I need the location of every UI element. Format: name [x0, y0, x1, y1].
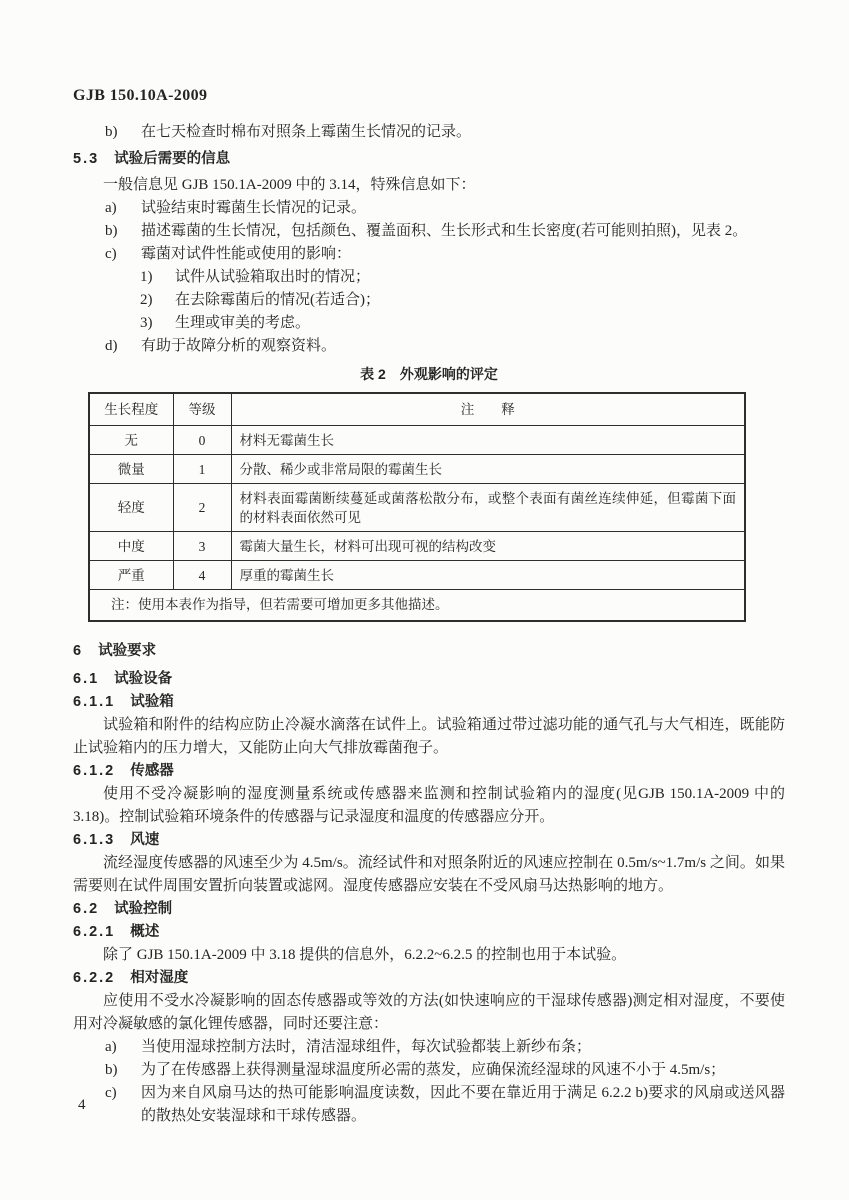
sub-list-item-1: 1) 试件从试验箱取出时的情况；	[140, 266, 785, 289]
section-number: 6.1.1	[73, 691, 115, 714]
list-item-text: 为了在传感器上获得测量湿球温度所必需的蒸发，应确保流经湿球的风速不小于 4.5m…	[141, 1059, 725, 1082]
section-title: 试验箱	[130, 691, 174, 714]
list-item-label: 2)	[140, 289, 175, 312]
list-item-622-b: b) 为了在传感器上获得测量湿球温度所必需的蒸发，应确保流经湿球的风速不小于 4…	[105, 1059, 785, 1082]
section-6-1-1-body: 试验箱和附件的结构应防止冷凝水滴落在试件上。试验箱通过带过滤功能的通气孔与大气相…	[73, 714, 785, 760]
list-item-label: a)	[105, 197, 141, 220]
sub-list-item-3: 3) 生理或审美的考虑。	[140, 312, 785, 335]
cell-note: 材料表面霉菌断续蔓延或菌落松散分布，或整个表面有菌丝连续伸延，但霉菌下面的材料表…	[231, 484, 745, 532]
list-item-text: 霉菌对试件性能或使用的影响：	[141, 243, 351, 266]
table-2-appearance-rating: 生长程度 等级 注 释 无 0 材料无霉菌生长 微量 1 分散、稀少或非常局限的…	[88, 392, 746, 622]
cell-grade: 4	[173, 561, 231, 590]
cell-degree: 无	[89, 426, 173, 455]
table-row: 中度 3 霉菌大量生长，材料可出现可视的结构改变	[89, 532, 745, 561]
section-number: 5.3	[73, 148, 99, 171]
section-title: 概述	[130, 921, 159, 944]
section-number: 6.1.2	[73, 760, 115, 783]
list-item-text: 试件从试验箱取出时的情况；	[175, 266, 370, 289]
cell-note: 厚重的霉菌生长	[231, 561, 745, 590]
section-title: 相对湿度	[130, 967, 188, 990]
table-footnote-row: 注：使用本表作为指导，但若需要可增加更多其他描述。	[89, 590, 745, 622]
section-heading-6-1-1: 6.1.1 试验箱	[73, 691, 785, 714]
list-item-label: c)	[105, 1082, 141, 1128]
section-6-1-2-body: 使用不受冷凝影响的湿度测量系统或传感器来监测和控制试验箱内的湿度(见GJB 15…	[73, 783, 785, 829]
list-item-text: 生理或审美的考虑。	[175, 312, 310, 335]
standard-number-header: GJB 150.10A-2009	[73, 86, 785, 106]
section-number: 6.2.2	[73, 967, 115, 990]
table-header-row: 生长程度 等级 注 释	[89, 393, 745, 426]
list-item-c: c) 霉菌对试件性能或使用的影响：	[105, 243, 785, 266]
section-5-3-intro: 一般信息见 GJB 150.1A-2009 中的 3.14，特殊信息如下：	[73, 174, 785, 197]
list-item-d: d) 有助于故障分析的观察资料。	[105, 335, 785, 358]
list-item-text: 描述霉菌的生长情况，包括颜色、覆盖面积、生长形式和生长密度(若可能则拍照)，见表…	[141, 220, 747, 243]
column-header-growth-degree: 生长程度	[89, 393, 173, 426]
cell-degree: 微量	[89, 455, 173, 484]
section-heading-6-2-2: 6.2.2 相对湿度	[73, 967, 785, 990]
list-item-label: a)	[105, 1036, 141, 1059]
cell-grade: 0	[173, 426, 231, 455]
list-item-label: c)	[105, 243, 141, 266]
column-header-grade: 等级	[173, 393, 231, 426]
section-number: 6.2.1	[73, 921, 115, 944]
list-item-text: 因为来自风扇马达的热可能影响温度读数，因此不要在靠近用于满足 6.2.2 b)要…	[141, 1082, 785, 1128]
section-6-2-2-body: 应使用不受水冷凝影响的固态传感器或等效的方法(如快速响应的干湿球传感器)测定相对…	[73, 990, 785, 1036]
list-item-label: b)	[105, 220, 141, 243]
list-item-text: 当使用湿球控制方法时，清洁湿球组件，每次试验都装上新纱布条；	[141, 1036, 591, 1059]
table-2-title: 表 2 外观影响的评定	[73, 363, 785, 386]
scanned-document-page: GJB 150.10A-2009 b) 在七天检查时棉布对照条上霉菌生长情况的记…	[0, 0, 849, 1200]
section-heading-6-2-1: 6.2.1 概述	[73, 921, 785, 944]
section-heading-5-3: 5.3 试验后需要的信息	[73, 148, 785, 171]
cell-grade: 2	[173, 484, 231, 532]
list-item-622-c: c) 因为来自风扇马达的热可能影响温度读数，因此不要在靠近用于满足 6.2.2 …	[105, 1082, 785, 1128]
table-row: 无 0 材料无霉菌生长	[89, 426, 745, 455]
column-header-notes: 注 释	[231, 393, 745, 426]
list-item-label: d)	[105, 335, 141, 358]
section-title: 试验后需要的信息	[114, 148, 230, 171]
sub-list-item-2: 2) 在去除霉菌后的情况(若适合)；	[140, 289, 785, 312]
cell-note: 分散、稀少或非常局限的霉菌生长	[231, 455, 745, 484]
list-item-prev-b: b) 在七天检查时棉布对照条上霉菌生长情况的记录。	[105, 121, 785, 144]
page-number: 4	[78, 1095, 86, 1115]
section-number: 6	[73, 640, 83, 663]
cell-note: 材料无霉菌生长	[231, 426, 745, 455]
table-footnote: 注：使用本表作为指导，但若需要可增加更多其他描述。	[89, 590, 745, 622]
section-title: 传感器	[130, 760, 174, 783]
list-item-text: 在去除霉菌后的情况(若适合)；	[175, 289, 380, 312]
list-item-a: a) 试验结束时霉菌生长情况的记录。	[105, 197, 785, 220]
cell-degree: 轻度	[89, 484, 173, 532]
section-heading-6: 6 试验要求	[73, 640, 785, 663]
table-row: 微量 1 分散、稀少或非常局限的霉菌生长	[89, 455, 745, 484]
section-title: 试验要求	[98, 640, 156, 663]
section-6-1-3-body: 流经湿度传感器的风速至少为 4.5m/s。流经试件和对照条附近的风速应控制在 0…	[73, 852, 785, 898]
section-number: 6.1.3	[73, 829, 115, 852]
list-item-text: 在七天检查时棉布对照条上霉菌生长情况的记录。	[141, 121, 471, 144]
section-heading-6-1-2: 6.1.2 传感器	[73, 760, 785, 783]
section-title: 试验控制	[114, 898, 172, 921]
list-item-label: 1)	[140, 266, 175, 289]
list-item-text: 有助于故障分析的观察资料。	[141, 335, 336, 358]
table-row: 轻度 2 材料表面霉菌断续蔓延或菌落松散分布，或整个表面有菌丝连续伸延，但霉菌下…	[89, 484, 745, 532]
section-number: 6.1	[73, 668, 99, 691]
list-item-622-a: a) 当使用湿球控制方法时，清洁湿球组件，每次试验都装上新纱布条；	[105, 1036, 785, 1059]
section-title: 试验设备	[114, 668, 172, 691]
section-title: 风速	[130, 829, 159, 852]
list-item-text: 试验结束时霉菌生长情况的记录。	[141, 197, 366, 220]
list-item-label: b)	[105, 1059, 141, 1082]
section-heading-6-2: 6.2 试验控制	[73, 898, 785, 921]
cell-grade: 3	[173, 532, 231, 561]
cell-note: 霉菌大量生长，材料可出现可视的结构改变	[231, 532, 745, 561]
section-heading-6-1-3: 6.1.3 风速	[73, 829, 785, 852]
section-number: 6.2	[73, 898, 99, 921]
list-item-b: b) 描述霉菌的生长情况，包括颜色、覆盖面积、生长形式和生长密度(若可能则拍照)…	[105, 220, 785, 243]
cell-degree: 中度	[89, 532, 173, 561]
list-item-label: b)	[105, 121, 141, 144]
cell-grade: 1	[173, 455, 231, 484]
section-6-2-1-body: 除了 GJB 150.1A-2009 中 3.18 提供的信息外，6.2.2~6…	[73, 944, 785, 967]
table-row: 严重 4 厚重的霉菌生长	[89, 561, 745, 590]
list-item-label: 3)	[140, 312, 175, 335]
page-content: GJB 150.10A-2009 b) 在七天检查时棉布对照条上霉菌生长情况的记…	[73, 86, 785, 1128]
section-heading-6-1: 6.1 试验设备	[73, 668, 785, 691]
cell-degree: 严重	[89, 561, 173, 590]
